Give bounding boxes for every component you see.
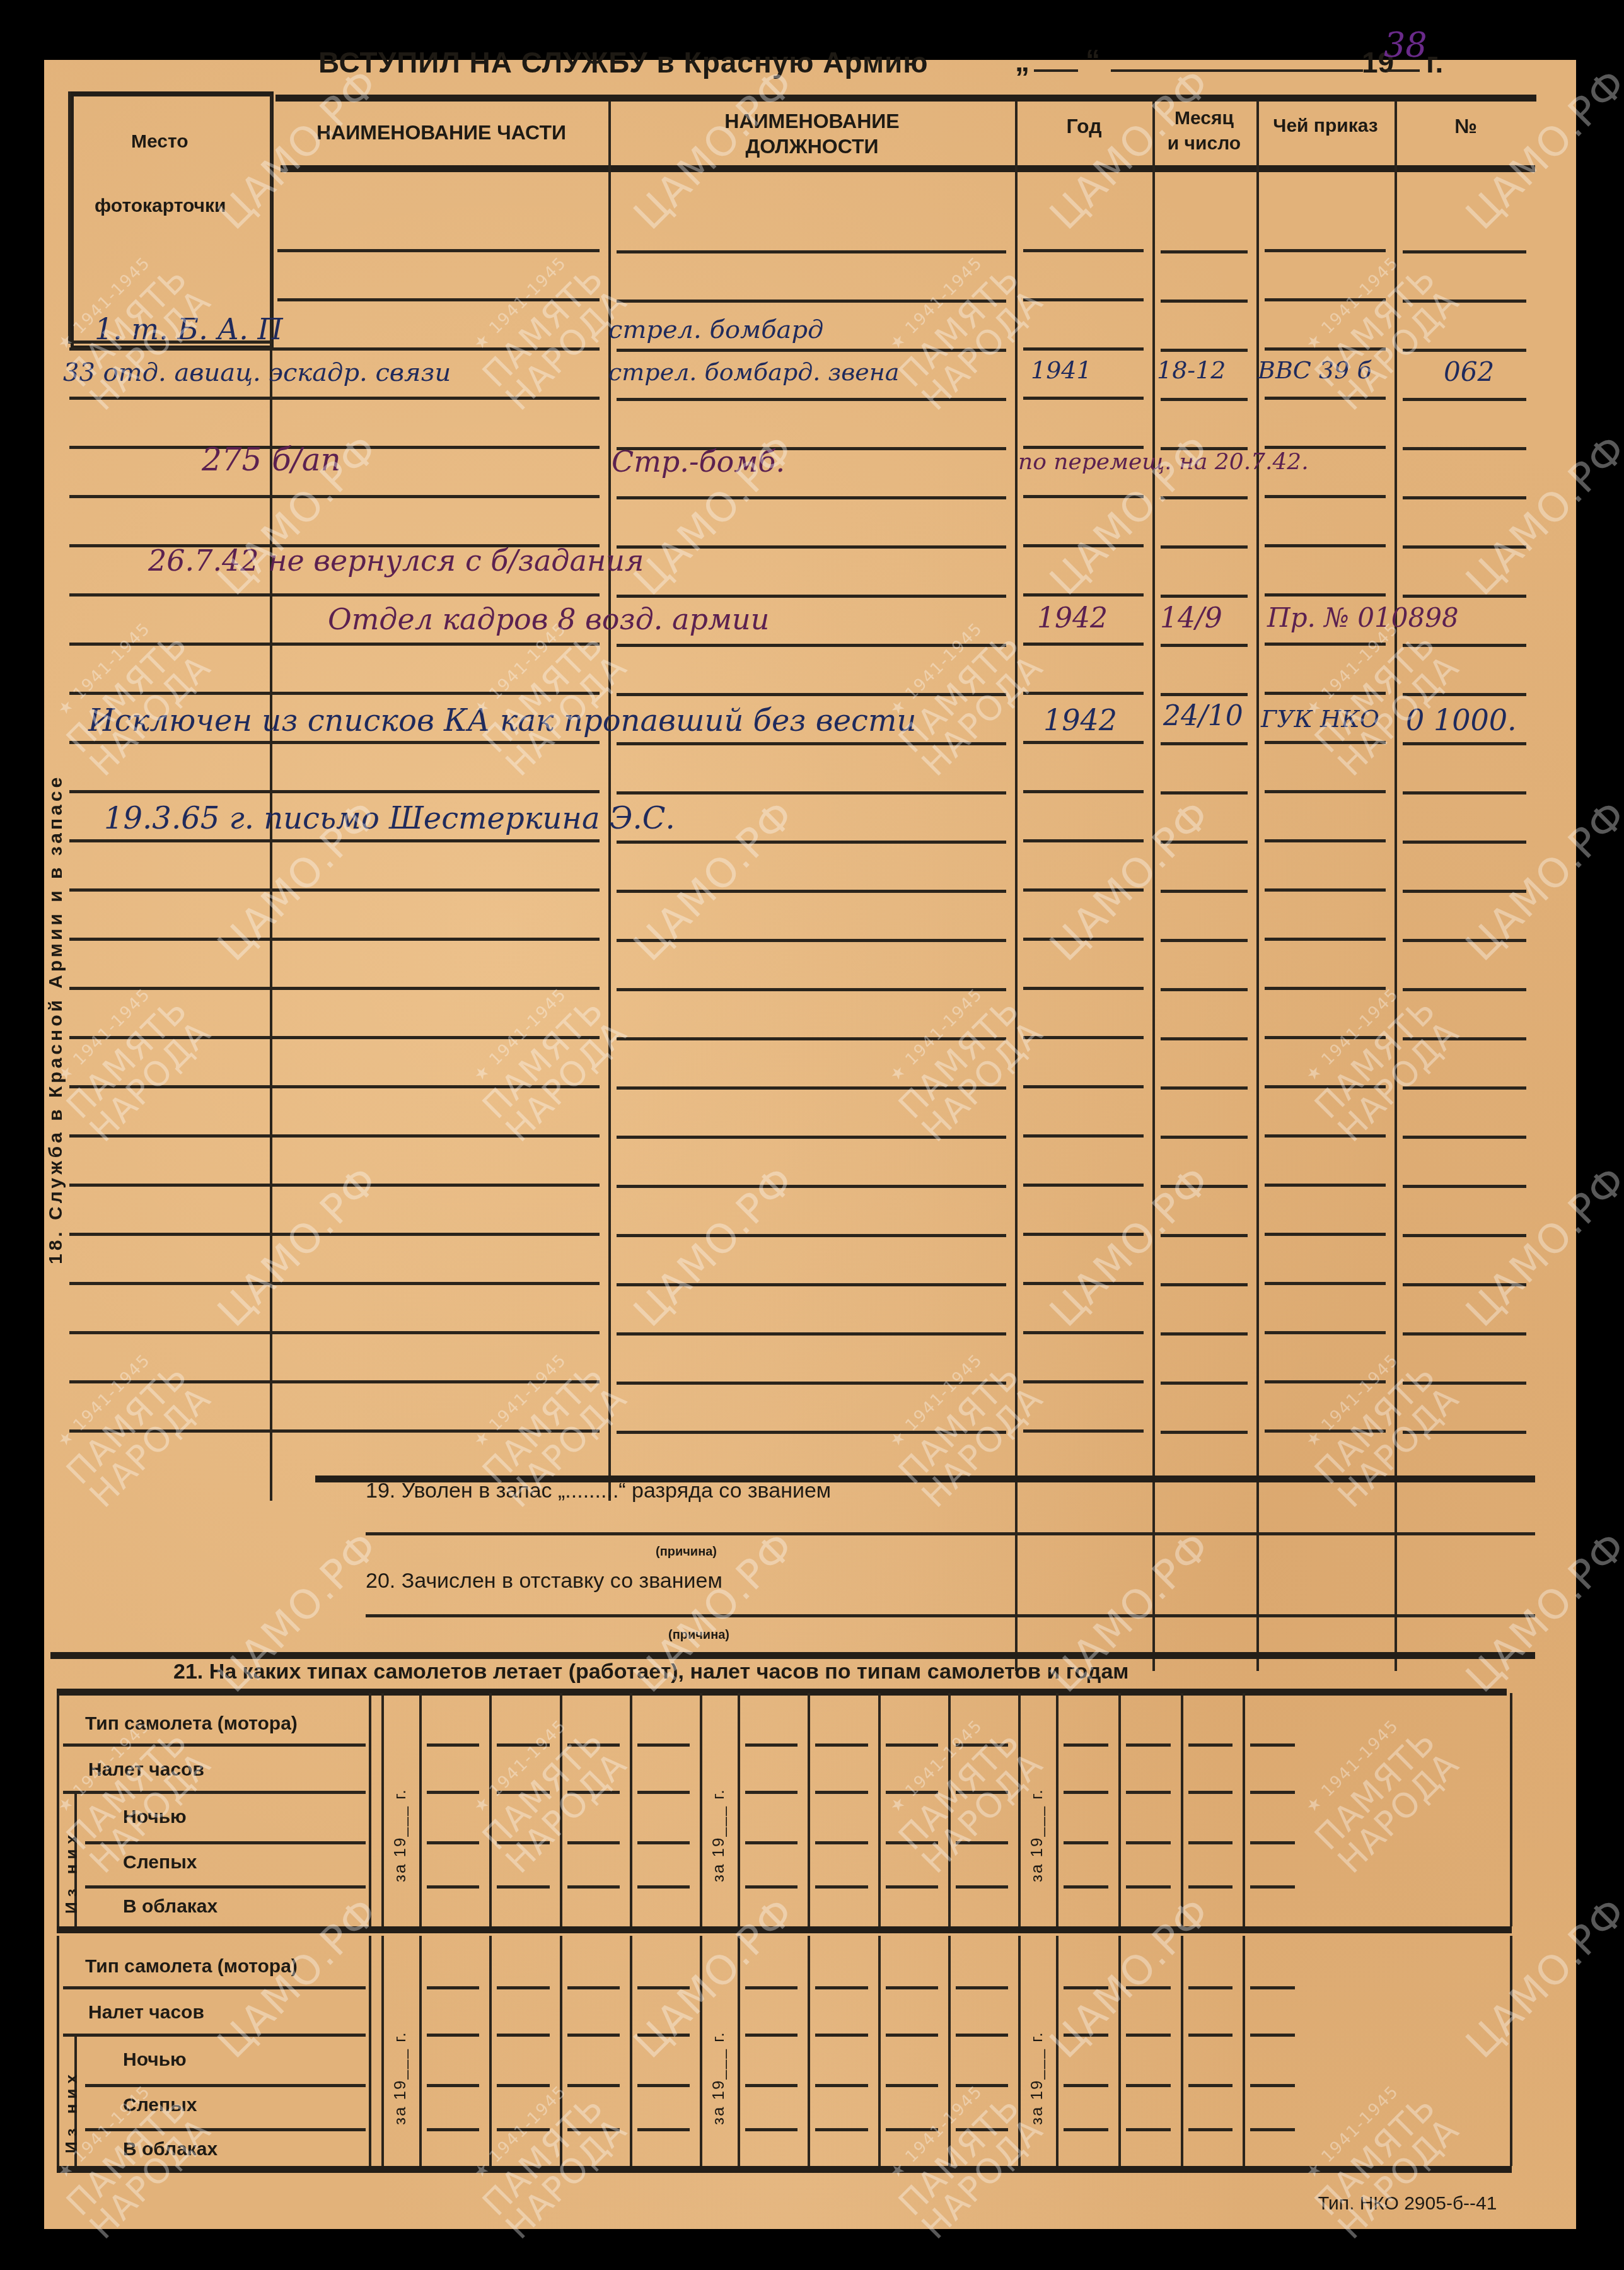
data-cell-rule [1064,1841,1108,1844]
ruled-line [69,692,600,695]
ruled-line [1161,988,1248,991]
data-cell-rule [1188,2034,1233,2037]
data-cell-rule [1250,1841,1295,1844]
data-cell-rule [815,1841,867,1844]
entry-5-year: 1942 [1037,602,1108,634]
data-cell-rule [567,2034,620,2037]
entry-5-unit: Отдел кадров 8 возд. армии [328,602,769,636]
data-col-divider [948,1936,951,2166]
col-header-month-2: и число [1154,131,1255,156]
data-cell-rule [497,1791,549,1794]
ruled-line [1023,1380,1144,1383]
data-cell-rule [956,1885,1008,1889]
label-rule [85,1885,366,1889]
data-col-divider [808,1693,810,1926]
section-20-label: 20. Зачислен в отставку со званием [366,1569,722,1593]
side-section-label: 18. Служба в Красной Армии и в запасе [45,774,67,1264]
data-cell-rule [637,2084,690,2087]
photo-label-photo: фотокарточки [95,195,226,217]
ruled-line [1023,298,1144,301]
data-cell-rule [1126,1743,1171,1747]
data-col-divider [878,1936,881,2166]
ruled-line [1161,250,1248,253]
ruled-line [617,398,1006,401]
ruled-line [1161,1185,1248,1188]
data-cell-rule [956,1841,1008,1844]
data-cell-rule [745,1791,797,1794]
ruled-line [1403,742,1526,745]
ruled-line [617,1037,1006,1040]
data-cell-rule [497,1885,549,1889]
ruled-line [1161,693,1248,696]
ruled-line [69,888,600,892]
data-cell-rule [886,1841,938,1844]
date-quote-close: “ [1086,43,1100,77]
data-cell-rule [1064,1986,1108,1989]
entry-3-transfer-note: по перемещ. на 20.7.42. [1018,449,1309,475]
data-col-divider [948,1693,951,1926]
ruled-line [69,1429,600,1433]
section-19-label: 19. Уволен в запас „.........“ разряда с… [366,1479,831,1503]
data-cell-rule [956,1791,1008,1794]
data-cell-rule [886,1791,938,1794]
ruled-line [1403,595,1526,598]
ruled-line [1403,1086,1526,1090]
year-label: за 19___ г. [390,1788,410,1882]
ruled-line [69,1085,600,1088]
entry-6-number: 0 1000. [1406,703,1517,737]
data-cell-rule [637,2034,690,2037]
data-cell-rule [1188,1986,1233,1989]
data-cell-rule [637,1743,690,1747]
col-header-number: № [1396,113,1535,139]
col-divider-4 [1256,101,1259,1671]
ruled-line [69,938,600,941]
data-cell-rule [886,2128,938,2131]
data-cell-rule [1126,2084,1171,2087]
ruled-line [1161,1086,1248,1090]
entry-4-note: 26.7.42 не вернулся с б/задания [148,544,644,578]
ruled-line [1403,1185,1526,1188]
ruled-line [1265,593,1386,597]
data-cell-rule [637,1841,690,1844]
label-rule [63,1791,366,1794]
ruled-line [1265,1429,1386,1433]
ruled-line [1023,397,1144,400]
ruled-line [69,1134,600,1138]
ruled-line [69,790,600,793]
ruled-line [1161,398,1248,401]
ruled-line [1265,1085,1386,1088]
ruled-line [1161,791,1248,794]
data-cell-rule [1250,2034,1295,2037]
col-header-position-1: НАИМЕНОВАНИЕ [610,108,1014,134]
data-cell-rule [497,1986,549,1989]
entry-3-unit: 275 б/ап [202,441,341,478]
data-col-divider [1243,1693,1245,1926]
section-20-reason-caption: (причина) [668,1628,729,1643]
data-cell-rule [497,1743,549,1747]
data-cell-rule [567,1841,620,1844]
ruled-line [1023,1036,1144,1039]
ruled-line [1161,644,1248,647]
data-cell-rule [815,1791,867,1794]
year-label-divider [738,1693,740,1926]
data-cell-rule [427,2128,479,2131]
data-cell-rule [1188,1791,1233,1794]
ruled-line [617,742,1006,745]
ruled-line [1023,1184,1144,1187]
year-group-left-border [381,1693,384,1926]
ruled-line [1403,841,1526,844]
ruled-line [1265,544,1386,547]
ruled-line [1023,1134,1144,1138]
data-cell-rule [1126,2128,1171,2131]
label-flight-hours: Налет часов [88,1759,204,1781]
ruled-line [1403,644,1526,647]
data-cell-rule [567,1885,620,1889]
data-cell-rule [886,2084,938,2087]
ruled-line [69,1331,600,1334]
section-21-title: 21. На каких типах самолетов летает (раб… [173,1660,1129,1684]
ruled-line [1161,1234,1248,1237]
ruled-line [1161,300,1248,303]
data-cell-rule [567,1986,620,1989]
year-group-left-border [381,1936,384,2166]
data-cell-rule [497,1841,549,1844]
data-cell-rule [956,1743,1008,1747]
label-night: Ночью [123,2049,187,2071]
section-20-reason-line [366,1614,1535,1617]
label-rule [63,1986,366,1989]
section-19-reason-line [366,1532,1535,1535]
col-header-position-2: ДОЛЖНОСТИ [610,134,1014,159]
data-cell-rule [497,2084,549,2087]
col-header-month-1: Месяц [1154,106,1255,131]
data-cell-rule [956,1986,1008,1989]
ruled-line [277,249,600,252]
ruled-line [617,890,1006,893]
data-cell-rule [1188,2084,1233,2087]
ruled-line [1023,888,1144,892]
ruled-line [69,1233,600,1236]
data-cell-rule [637,1986,690,1989]
ruled-line [69,1282,600,1285]
year-group-left-border [700,1936,702,2166]
table-top-rule [275,95,1536,102]
ruled-line [1403,1283,1526,1286]
data-cell-rule [427,1841,479,1844]
ruled-line [1023,741,1144,744]
data-cell-rule [1064,2034,1108,2037]
entry-6-year: 1942 [1043,703,1117,737]
ruled-line [1023,1429,1144,1433]
date-quote-open: „ [1015,44,1029,78]
col-header-unit: НАИМЕНОВАНИЕ ЧАСТИ [277,120,605,145]
data-col-divider [1181,1693,1183,1926]
ruled-line [1403,1332,1526,1336]
col-header-whose-order: Чей приказ [1258,113,1393,139]
ruled-line [1265,1184,1386,1187]
section-19-reason-caption: (причина) [656,1545,717,1559]
entry-2-number: 062 [1444,356,1494,387]
ruled-line [1161,1283,1248,1286]
ruled-line [1161,1332,1248,1336]
ruled-line [1265,298,1386,301]
col-divider-0 [270,95,272,1501]
year-group-left-border [1018,1936,1021,2166]
ruled-line [1265,1134,1386,1138]
ruled-line [1023,1233,1144,1236]
data-cell-rule [745,2034,797,2037]
data-col-divider [1181,1936,1183,2166]
ruled-line [69,1380,600,1383]
year-handwritten: 38 [1384,25,1427,65]
ruled-line [617,939,1006,942]
entry-2-whose-order: ВВС 39 б [1258,356,1372,384]
year-label-divider [419,1693,422,1926]
entry-3-position: Стр.-бомб. [612,445,785,479]
ruled-line [1161,742,1248,745]
ruled-line [69,347,600,351]
ruled-line [1161,349,1248,352]
ruled-line [617,1086,1006,1090]
ruled-line [1403,1234,1526,1237]
ruled-line [1403,693,1526,696]
data-cell-rule [1250,1791,1295,1794]
data-cell-rule [1188,2128,1233,2131]
label-clouds: В облаках [123,2139,217,2160]
label-rule [85,1841,366,1844]
ruled-line [1403,1382,1526,1385]
data-col-divider [1118,1693,1121,1926]
data-cell-rule [815,1986,867,1989]
section-20-bottom-rule [50,1652,1535,1659]
photo-placeholder-box [71,91,274,349]
data-cell-rule [886,1743,938,1747]
ruled-line [69,397,600,400]
year-label-divider [738,1936,740,2166]
data-cell-rule [1126,1841,1171,1844]
data-cell-rule [745,1743,797,1747]
entry-2-position: стрел. бомбард. звена [608,358,900,386]
ruled-line [1265,888,1386,892]
data-cell-rule [1126,1885,1171,1889]
label-night: Ночью [123,1807,187,1828]
ruled-line [1403,447,1526,450]
label-column-right-border [369,1936,371,2166]
data-cell-rule [1064,1791,1108,1794]
ruled-line [1023,1282,1144,1285]
data-cell-rule [1126,2034,1171,2037]
ruled-line [617,1431,1006,1434]
data-col-divider [808,1936,810,2166]
data-cell-rule [497,2034,549,2037]
ruled-line [1403,250,1526,253]
data-cell-rule [1250,2084,1295,2087]
col-divider-5 [1395,101,1397,1671]
data-cell-rule [1250,1885,1295,1889]
ruled-line [1161,545,1248,549]
data-cell-rule [427,1743,479,1747]
ruled-line [617,300,1006,303]
entry-6-note: Исключен из списков КА как пропавший без… [88,703,916,738]
ruled-line [617,693,1006,696]
data-col-divider [560,1936,562,2166]
data-cell-rule [745,2128,797,2131]
data-cell-rule [1064,1885,1108,1889]
data-cell-rule [745,1986,797,1989]
data-cell-rule [1250,1743,1295,1747]
ruled-line [1265,249,1386,252]
data-cell-rule [1064,2128,1108,2131]
entry-6-whose-order: ГУК НКО [1261,705,1379,733]
ruled-line [1265,987,1386,990]
ruled-line [1265,397,1386,400]
ruled-line [1403,988,1526,991]
year-label: за 19___ г. [1027,2031,1047,2125]
data-col-divider [630,1693,632,1926]
ruled-line [1023,593,1144,597]
block-right-border [1510,1936,1512,2166]
year-blank [1387,69,1420,72]
label-blind: Слепых [123,2095,197,2116]
date-day-blank [1034,69,1078,72]
ruled-line [1403,791,1526,794]
ruled-line [1161,890,1248,893]
ruled-line [1161,1037,1248,1040]
label-of-them: Из них [62,2069,81,2153]
data-cell-rule [886,2034,938,2037]
data-cell-rule [567,1743,620,1747]
form-title: ВСТУПИЛ НА СЛУЖБУ в Красную Армию [318,45,929,79]
print-code: Тип. НКО 2905-б--41 [1318,2193,1497,2215]
ruled-line [1023,987,1144,990]
ruled-line [1403,349,1526,352]
year-group-left-border [700,1693,702,1926]
data-cell-rule [427,2034,479,2037]
ruled-line [1403,398,1526,401]
ruled-line [1265,1380,1386,1383]
ruled-line [1403,496,1526,499]
ruled-line [1265,495,1386,498]
data-cell-rule [815,1885,867,1889]
ruled-line [1403,1431,1526,1434]
data-cell-rule [637,1791,690,1794]
ruled-line [1265,790,1386,793]
ruled-line [617,496,1006,499]
ruled-line [1265,938,1386,941]
ruled-line [1161,496,1248,499]
ruled-line [617,1234,1006,1237]
date-month-blank [1111,69,1363,72]
entry-6-month-day: 24/10 [1163,700,1243,732]
data-col-divider [878,1693,881,1926]
block-bottom-rule [57,1926,1512,1933]
ruled-line [617,1283,1006,1286]
data-cell-rule [427,1791,479,1794]
col-divider-3 [1152,101,1155,1671]
ruled-line [617,1185,1006,1188]
ruled-line [1023,839,1144,842]
ruled-line [1023,1085,1144,1088]
ruled-line [1265,1036,1386,1039]
data-cell-rule [1188,1885,1233,1889]
entry-5-month-day: 14/9 [1160,602,1222,634]
data-col-divider [1118,1936,1121,2166]
ruled-line [1023,544,1144,547]
entry-5-order-number: Пр. № 010898 [1267,602,1459,633]
entry-2-year: 1941 [1031,356,1092,384]
ruled-line [1161,1431,1248,1434]
ruled-line [617,791,1006,794]
col-header-year: Год [1016,113,1152,139]
data-cell-rule [497,2128,549,2131]
ruled-line [1023,692,1144,695]
ruled-line [277,298,600,301]
ruled-line [617,841,1006,844]
ruled-line [617,1332,1006,1336]
data-col-divider [489,1693,492,1926]
ruled-line [617,595,1006,598]
label-aircraft-type: Тип самолета (мотора) [85,1713,298,1735]
year-label-divider [1056,1936,1058,2166]
ruled-line [1265,741,1386,744]
ruled-line [1161,1136,1248,1139]
block-left-border [57,1693,59,1926]
data-cell-rule [427,2084,479,2087]
ruled-line [617,644,1006,647]
ruled-line [1265,839,1386,842]
data-col-divider [560,1693,562,1926]
ruled-line [1403,545,1526,549]
ruled-line [1023,495,1144,498]
ruled-line [69,1184,600,1187]
data-cell-rule [1126,1791,1171,1794]
ruled-line [1265,1331,1386,1334]
data-cell-rule [567,1791,620,1794]
photo-box-left [68,91,71,344]
ruled-line [617,1136,1006,1139]
year-label: за 19___ г. [709,1788,728,1882]
label-rule [85,2128,366,2131]
data-cell-rule [956,2084,1008,2087]
photo-label-place: Место [131,131,188,153]
ruled-line [1023,643,1144,646]
data-cell-rule [815,1743,867,1747]
data-cell-rule [886,1986,938,1989]
ruled-line [617,545,1006,549]
ruled-line [1161,595,1248,598]
label-column-right-border [369,1693,371,1926]
section-21-top-rule [57,1689,1507,1696]
ruled-line [1265,1233,1386,1236]
block-right-border [1510,1693,1512,1926]
ruled-line [617,1382,1006,1385]
entry-7-note: 19.3.65 г. письмо Шестеркина Э.С. [104,801,675,836]
year-suffix: г. [1426,45,1443,79]
ruled-line [1403,1037,1526,1040]
year-label: за 19___ г. [390,2031,410,2125]
ruled-line [1161,841,1248,844]
ruled-line [1023,1331,1144,1334]
ruled-line [617,250,1006,253]
data-cell-rule [956,2128,1008,2131]
ruled-line [69,1036,600,1039]
data-cell-rule [637,2128,690,2131]
data-cell-rule [1126,1986,1171,1989]
ruled-line [1265,347,1386,351]
